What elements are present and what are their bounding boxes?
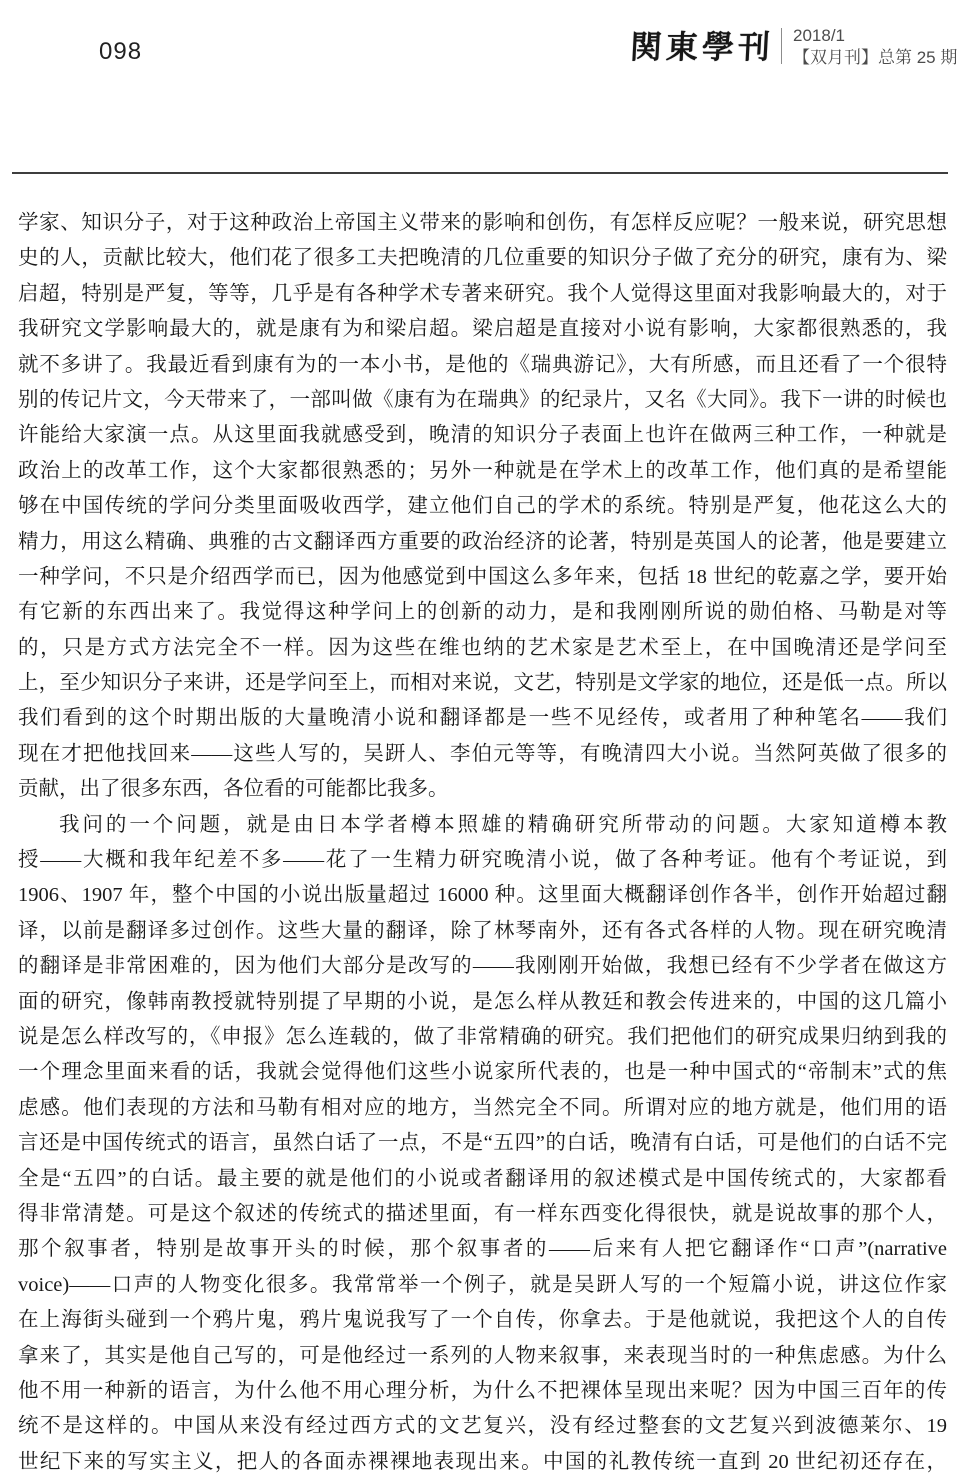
body-text-line: 那个叙事者，特别是故事开头的时候，那个叙事者的——后来有人把它翻译作“口声”(n… xyxy=(18,1232,947,1267)
body-text-line: 我研究文学影响最大的，就是康有为和梁启超。梁启超是直接对小说有影响，大家都很熟悉… xyxy=(18,312,947,347)
body-text-line: 史的人，贡献比较大，他们花了很多工夫把晚清的几位重要的知识分子做了充分的研究，康… xyxy=(18,241,947,276)
body-text-line: 言还是中国传统式的语言，虽然白话了一点，不是“五四”的白话，晚清有白话，可是他们… xyxy=(18,1126,947,1161)
body-text-line: 现在才把他找回来——这些人写的，吴趼人、李伯元等等，有晚清四大小说。当然阿英做了… xyxy=(18,737,947,772)
article-body: 学家、知识分子，对于这种政治上帝国主义带来的影响和创伤，有怎样反应呢？一般来说，… xyxy=(18,206,947,1476)
body-text-line: 在上海街头碰到一个鸦片鬼，鸦片鬼说我写了一个自传，你拿去。于是他就说，我把这个人… xyxy=(18,1303,947,1338)
body-text-line: 1906、1907 年，整个中国的小说出版量超过 16000 种。这里面大概翻译… xyxy=(18,878,947,913)
body-text-line: 得非常清楚。可是这个叙述的传统式的描述里面，有一样东西变化得很快，就是说故事的那… xyxy=(18,1197,947,1232)
body-text-line: 我问的一个问题，就是由日本学者樽本照雄的精确研究所带动的问题。大家知道樽本教 xyxy=(18,808,947,843)
journal-title: 関東學刊 xyxy=(629,22,769,68)
body-text-line: 统不是这样的。中国从来没有经过西方式的文艺复兴，没有经过整套的文艺复兴到波德莱尔… xyxy=(18,1409,947,1444)
body-text-line: 一种学问，不只是介绍西学而已，因为他感觉到中国这么多年来，包括 18 世纪的乾嘉… xyxy=(18,560,947,595)
body-text-line: 授——大概和我年纪差不多——花了一生精力研究晚清小说，做了各种考证。他有个考证说… xyxy=(18,843,947,878)
masthead-divider xyxy=(781,28,782,64)
body-text-line: 的，只是方式方法完全不一样。因为这些在维也纳的艺术家是艺术至上，在中国晚清还是学… xyxy=(18,631,947,666)
body-text-line: 世纪下来的写实主义，把人的各面赤裸裸地表现出来。中国的礼教传统一直到 20 世纪… xyxy=(18,1445,947,1476)
header-rule xyxy=(12,172,948,174)
body-text-line: 启超，特别是严复，等等，几乎是有各种学术专著来研究。我个人觉得这里面对我影响最大… xyxy=(18,277,947,312)
body-text-line: 贡献，出了很多东西，各位看的可能都比我多。 xyxy=(18,772,947,807)
body-text-line: 别的传记片文，今天带来了，一部叫做《康有为在瑞典》的纪录片，又名《大同》。我下一… xyxy=(18,383,947,418)
body-text-line: 许能给大家演一点。从这里面我就感受到，晚清的知识分子表面上也许在做两三种工作，一… xyxy=(18,418,947,453)
body-text-line: 说是怎么样改写的，《申报》怎么连载的，做了非常精确的研究。我们把他们的研究成果归… xyxy=(18,1020,947,1055)
body-text-line: 虑感。他们表现的方法和马勒有相对应的地方，当然完全不同。所谓对应的地方就是，他们… xyxy=(18,1091,947,1126)
body-text-line: 面的研究，像韩南教授就特别提了早期的小说，是怎么样从教廷和教会传进来的，中国的这… xyxy=(18,985,947,1020)
page-number: 098 xyxy=(99,38,142,66)
body-text-line: 拿来了，其实是他自己写的，可是他经过一系列的人物来叙事，来表现当时的一种焦虑感。… xyxy=(18,1339,947,1374)
journal-page: 098 関東學刊 2018/1 【双月刊】总第 25 期 学家、知识分子，对于这… xyxy=(0,0,958,1476)
body-text-line: 他不用一种新的语言，为什么他不用心理分析，为什么不把裸体呈现出来呢？因为中国三百… xyxy=(18,1374,947,1409)
body-text-line: 上，至少知识分子来讲，还是学问至上，而相对来说，文艺，特别是文学家的地位，还是低… xyxy=(18,666,947,701)
body-text-line: 我们看到的这个时期出版的大量晚清小说和翻译都是一些不见经传，或者用了种种笔名——… xyxy=(18,701,947,736)
body-text-line: 精力，用这么精确、典雅的古文翻译西方重要的政治经济的论著，特别是英国人的论著，他… xyxy=(18,525,947,560)
body-text-line: 有它新的东西出来了。我觉得这种学问上的创新的动力，是和我刚刚所说的勋伯格、马勒是… xyxy=(18,595,947,630)
body-text-line: 够在中国传统的学问分类里面吸收西学，建立他们自己的学术的系统。特别是严复，他花这… xyxy=(18,489,947,524)
body-text-line: voice)——口声的人物变化很多。我常常举一个例子，就是吴趼人写的一个短篇小说… xyxy=(18,1268,947,1303)
body-text-line: 的翻译是非常困难的，因为他们大部分是改写的——我刚刚开始做，我想已经有不少学者在… xyxy=(18,949,947,984)
issue-date: 2018/1 xyxy=(793,25,957,47)
body-text-line: 学家、知识分子，对于这种政治上帝国主义带来的影响和创伤，有怎样反应呢？一般来说，… xyxy=(18,206,947,241)
body-text-line: 就不多讲了。我最近看到康有为的一本小书，是他的《瑞典游记》，大有所感，而且还看了… xyxy=(18,348,947,383)
body-text-line: 全是“五四”的白话。最主要的就是他们的小说或者翻译用的叙述模式是中国传统式的，大… xyxy=(18,1162,947,1197)
body-text-line: 一个理念里面来看的话，我就会觉得他们这些小说家所代表的，也是一种中国式的“帝制末… xyxy=(18,1055,947,1090)
body-text-line: 政治上的改革工作，这个大家都很熟悉的；另外一种就是在学术上的改革工作，他们真的是… xyxy=(18,454,947,489)
body-text-line: 译，以前是翻译多过创作。这些大量的翻译，除了林琴南外，还有各式各样的人物。现在研… xyxy=(18,914,947,949)
issue-number: 【双月刊】总第 25 期 xyxy=(793,47,957,69)
issue-info: 2018/1 【双月刊】总第 25 期 xyxy=(793,25,957,69)
